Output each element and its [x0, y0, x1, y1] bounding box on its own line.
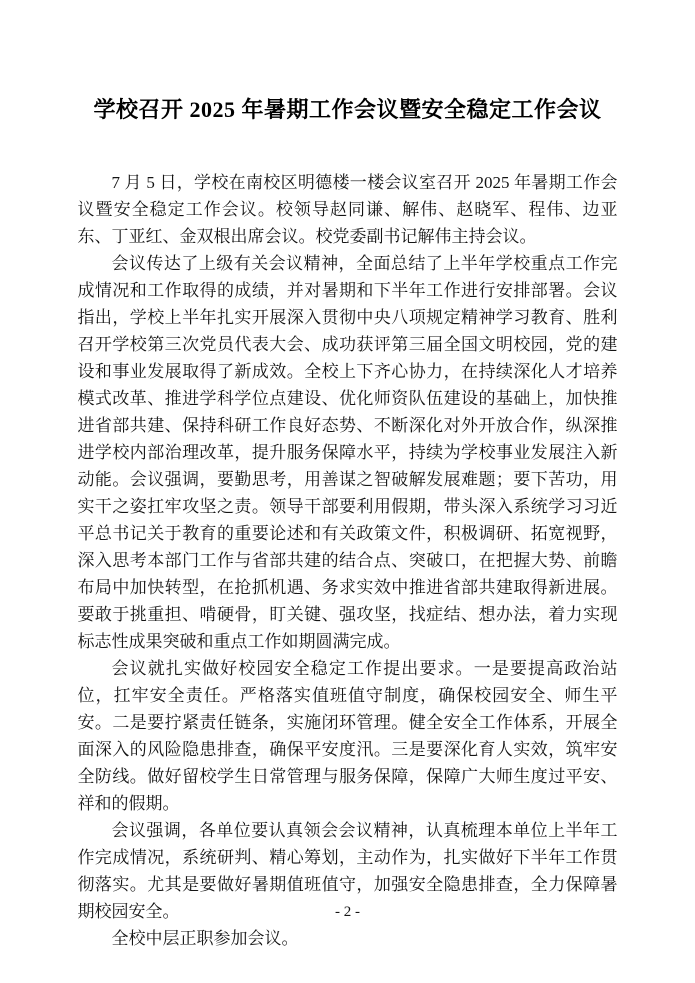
body-paragraph: 全校中层正职参加会议。: [78, 925, 618, 952]
document-page: 学校召开 2025 年暑期工作会议暨安全稳定工作会议 7 月 5 日，学校在南校…: [0, 0, 695, 983]
document-body: 7 月 5 日，学校在南校区明德楼一楼会议室召开 2025 年暑期工作会议暨安全…: [78, 169, 618, 952]
document-title: 学校召开 2025 年暑期工作会议暨安全稳定工作会议: [0, 0, 695, 127]
body-paragraph: 会议传达了上级有关会议精神，全面总结了上半年学校重点工作完成情况和工作取得的成绩…: [78, 250, 618, 655]
body-paragraph: 7 月 5 日，学校在南校区明德楼一楼会议室召开 2025 年暑期工作会议暨安全…: [78, 169, 618, 250]
page-number: - 2 -: [0, 904, 695, 921]
body-paragraph: 会议就扎实做好校园安全稳定工作提出要求。一是要提高政治站位，扛牢安全责任。严格落…: [78, 655, 618, 817]
